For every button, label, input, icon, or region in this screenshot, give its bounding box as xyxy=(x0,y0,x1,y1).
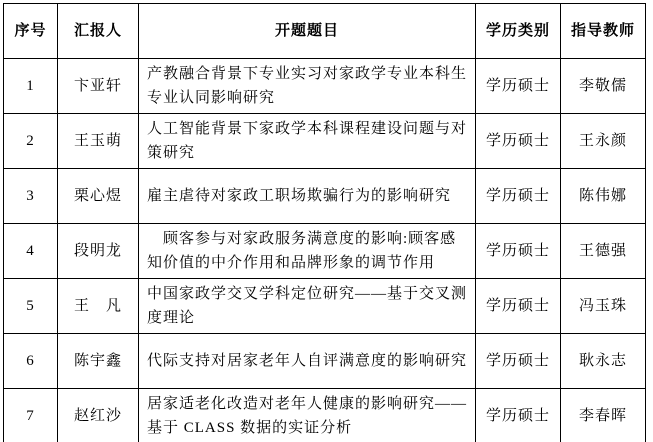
cell-advisor: 王德强 xyxy=(561,224,646,279)
cell-reporter: 栗心煜 xyxy=(58,169,139,224)
cell-reporter: 段明龙 xyxy=(58,224,139,279)
cell-number: 6 xyxy=(4,334,58,389)
cell-topic: 人工智能背景下家政学本科课程建设问题与对策研究 xyxy=(139,114,476,169)
cell-reporter: 王玉萌 xyxy=(58,114,139,169)
cell-number: 7 xyxy=(4,389,58,442)
table-row: 6 陈宇鑫 代际支持对居家老年人自评满意度的影响研究 学历硕士 耿永志 xyxy=(4,334,646,389)
header-cell-advisor: 指导教师 xyxy=(561,4,646,59)
document-page: 序号 汇报人 开题题目 学历类别 指导教师 1 卞亚轩 产教融合背景下专业实习对… xyxy=(0,0,653,442)
cell-advisor: 李敬儒 xyxy=(561,59,646,114)
cell-reporter: 陈宇鑫 xyxy=(58,334,139,389)
cell-advisor: 耿永志 xyxy=(561,334,646,389)
header-cell-topic: 开题题目 xyxy=(139,4,476,59)
cell-degree: 学历硕士 xyxy=(476,279,561,334)
cell-number: 1 xyxy=(4,59,58,114)
table-row: 4 段明龙 顾客参与对家政服务满意度的影响:顾客感知价值的中介作用和品牌形象的调… xyxy=(4,224,646,279)
cell-reporter: 卞亚轩 xyxy=(58,59,139,114)
cell-topic: 代际支持对居家老年人自评满意度的影响研究 xyxy=(139,334,476,389)
cell-advisor: 李春晖 xyxy=(561,389,646,442)
cell-degree: 学历硕士 xyxy=(476,389,561,442)
cell-number: 2 xyxy=(4,114,58,169)
cell-topic: 中国家政学交叉学科定位研究——基于交叉测度理论 xyxy=(139,279,476,334)
cell-degree: 学历硕士 xyxy=(476,334,561,389)
table-header-row: 序号 汇报人 开题题目 学历类别 指导教师 xyxy=(4,4,646,59)
cell-number: 4 xyxy=(4,224,58,279)
cell-degree: 学历硕士 xyxy=(476,59,561,114)
header-cell-degree: 学历类别 xyxy=(476,4,561,59)
cell-advisor: 陈伟娜 xyxy=(561,169,646,224)
table-row: 5 王 凡 中国家政学交叉学科定位研究——基于交叉测度理论 学历硕士 冯玉珠 xyxy=(4,279,646,334)
cell-degree: 学历硕士 xyxy=(476,169,561,224)
cell-topic: 雇主虐待对家政工职场欺骗行为的影响研究 xyxy=(139,169,476,224)
cell-topic: 产教融合背景下专业实习对家政学专业本科生专业认同影响研究 xyxy=(139,59,476,114)
cell-number: 5 xyxy=(4,279,58,334)
table-row: 1 卞亚轩 产教融合背景下专业实习对家政学专业本科生专业认同影响研究 学历硕士 … xyxy=(4,59,646,114)
header-cell-number: 序号 xyxy=(4,4,58,59)
cell-number: 3 xyxy=(4,169,58,224)
cell-degree: 学历硕士 xyxy=(476,224,561,279)
cell-reporter: 赵红沙 xyxy=(58,389,139,442)
cell-advisor: 冯玉珠 xyxy=(561,279,646,334)
cell-advisor: 王永颜 xyxy=(561,114,646,169)
table-row: 7 赵红沙 居家适老化改造对老年人健康的影响研究——基于 CLASS 数据的实证… xyxy=(4,389,646,442)
cell-topic: 顾客参与对家政服务满意度的影响:顾客感知价值的中介作用和品牌形象的调节作用 xyxy=(139,224,476,279)
table-row: 3 栗心煜 雇主虐待对家政工职场欺骗行为的影响研究 学历硕士 陈伟娜 xyxy=(4,169,646,224)
table-row: 2 王玉萌 人工智能背景下家政学本科课程建设问题与对策研究 学历硕士 王永颜 xyxy=(4,114,646,169)
thesis-topics-table: 序号 汇报人 开题题目 学历类别 指导教师 1 卞亚轩 产教融合背景下专业实习对… xyxy=(3,3,646,442)
cell-reporter: 王 凡 xyxy=(58,279,139,334)
header-cell-reporter: 汇报人 xyxy=(58,4,139,59)
cell-topic: 居家适老化改造对老年人健康的影响研究——基于 CLASS 数据的实证分析 xyxy=(139,389,476,442)
cell-degree: 学历硕士 xyxy=(476,114,561,169)
